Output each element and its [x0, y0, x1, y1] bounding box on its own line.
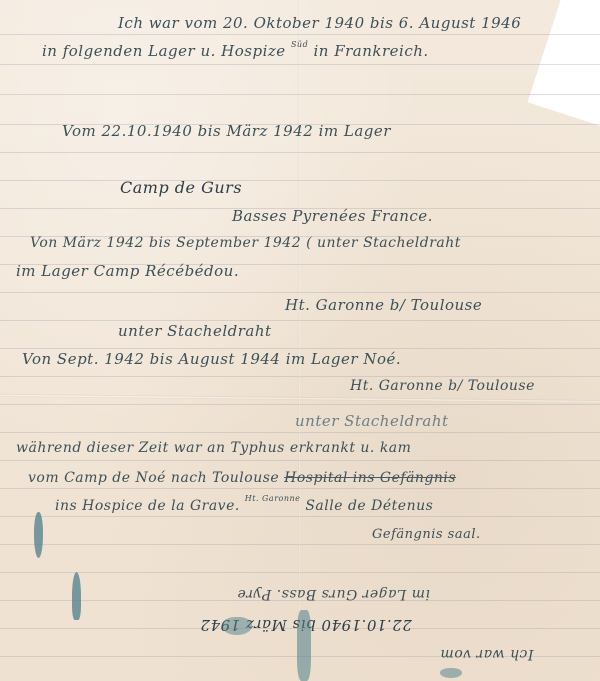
ink-stain [72, 572, 81, 620]
ruled-line [0, 432, 600, 433]
handwritten-line: Basses Pyrenées France. [232, 207, 433, 225]
handwritten-line: Ich war vom 20. Oktober 1940 bis 6. Augu… [118, 14, 521, 32]
ink-smudge [222, 617, 252, 635]
ruled-line [0, 348, 600, 349]
handwritten-line: Von März 1942 bis September 1942 ( unter… [30, 235, 461, 251]
handwritten-line: Camp de Gurs [120, 178, 242, 197]
line-text: in Frankreich. [314, 42, 429, 60]
handwritten-line: unter Stacheldraht [118, 322, 272, 340]
handwritten-line: ins Hospice de la Grave. Ht. Garonne Sal… [55, 498, 433, 514]
ruled-line [0, 376, 600, 377]
ruled-line [0, 292, 600, 293]
line-text: ins Hospice de la Grave. [55, 498, 240, 514]
inverted-handwritten-line: im Lager Gurs Bass. Pyre [237, 586, 430, 602]
struck-text: Hospital ins Gefängnis [284, 470, 456, 486]
ruled-line [0, 320, 600, 321]
handwritten-line: vom Camp de Noé nach Toulouse Hospital i… [28, 470, 456, 486]
handwritten-line: unter Stacheldraht [295, 412, 449, 430]
ink-smudge [297, 610, 311, 681]
handwritten-line: während dieser Zeit war an Typhus erkran… [16, 440, 411, 456]
ruled-line [0, 64, 600, 65]
ruled-line [0, 94, 600, 95]
inserted-word: Ht. Garonne [245, 494, 301, 503]
ruled-line [0, 460, 600, 461]
handwritten-line: in folgenden Lager u. Hospize Süd in Fra… [42, 42, 429, 60]
ruled-line [0, 544, 600, 545]
ruled-line [0, 516, 600, 517]
ruled-line [0, 180, 600, 181]
paper-fold [298, 0, 300, 681]
ruled-line [0, 572, 600, 573]
inserted-word: Süd [291, 40, 308, 49]
letter-page: Ich war vom 20. Oktober 1940 bis 6. Augu… [0, 0, 600, 681]
line-text: Salle de Détenus [305, 498, 433, 514]
ruled-line [0, 488, 600, 489]
ruled-line [0, 404, 600, 405]
handwritten-line: Ht. Garonne b/ Toulouse [285, 296, 482, 314]
ink-smudge [440, 668, 462, 678]
handwritten-line: Ht. Garonne b/ Toulouse [350, 378, 535, 394]
paper-fold [0, 394, 600, 403]
inverted-handwritten-line: Ich war vom [440, 646, 533, 662]
line-text: vom Camp de Noé nach Toulouse [28, 470, 279, 486]
handwritten-line: im Lager Camp Récébédou. [16, 262, 239, 280]
handwritten-line: Von Sept. 1942 bis August 1944 im Lager … [22, 350, 401, 368]
line-text: in folgenden Lager u. Hospize [42, 42, 286, 60]
ink-stain [34, 512, 43, 558]
ruled-line [0, 152, 600, 153]
handwritten-line: Vom 22.10.1940 bis März 1942 im Lager [62, 122, 391, 140]
ruled-line [0, 34, 600, 35]
handwritten-line: Gefängnis saal. [372, 527, 481, 542]
